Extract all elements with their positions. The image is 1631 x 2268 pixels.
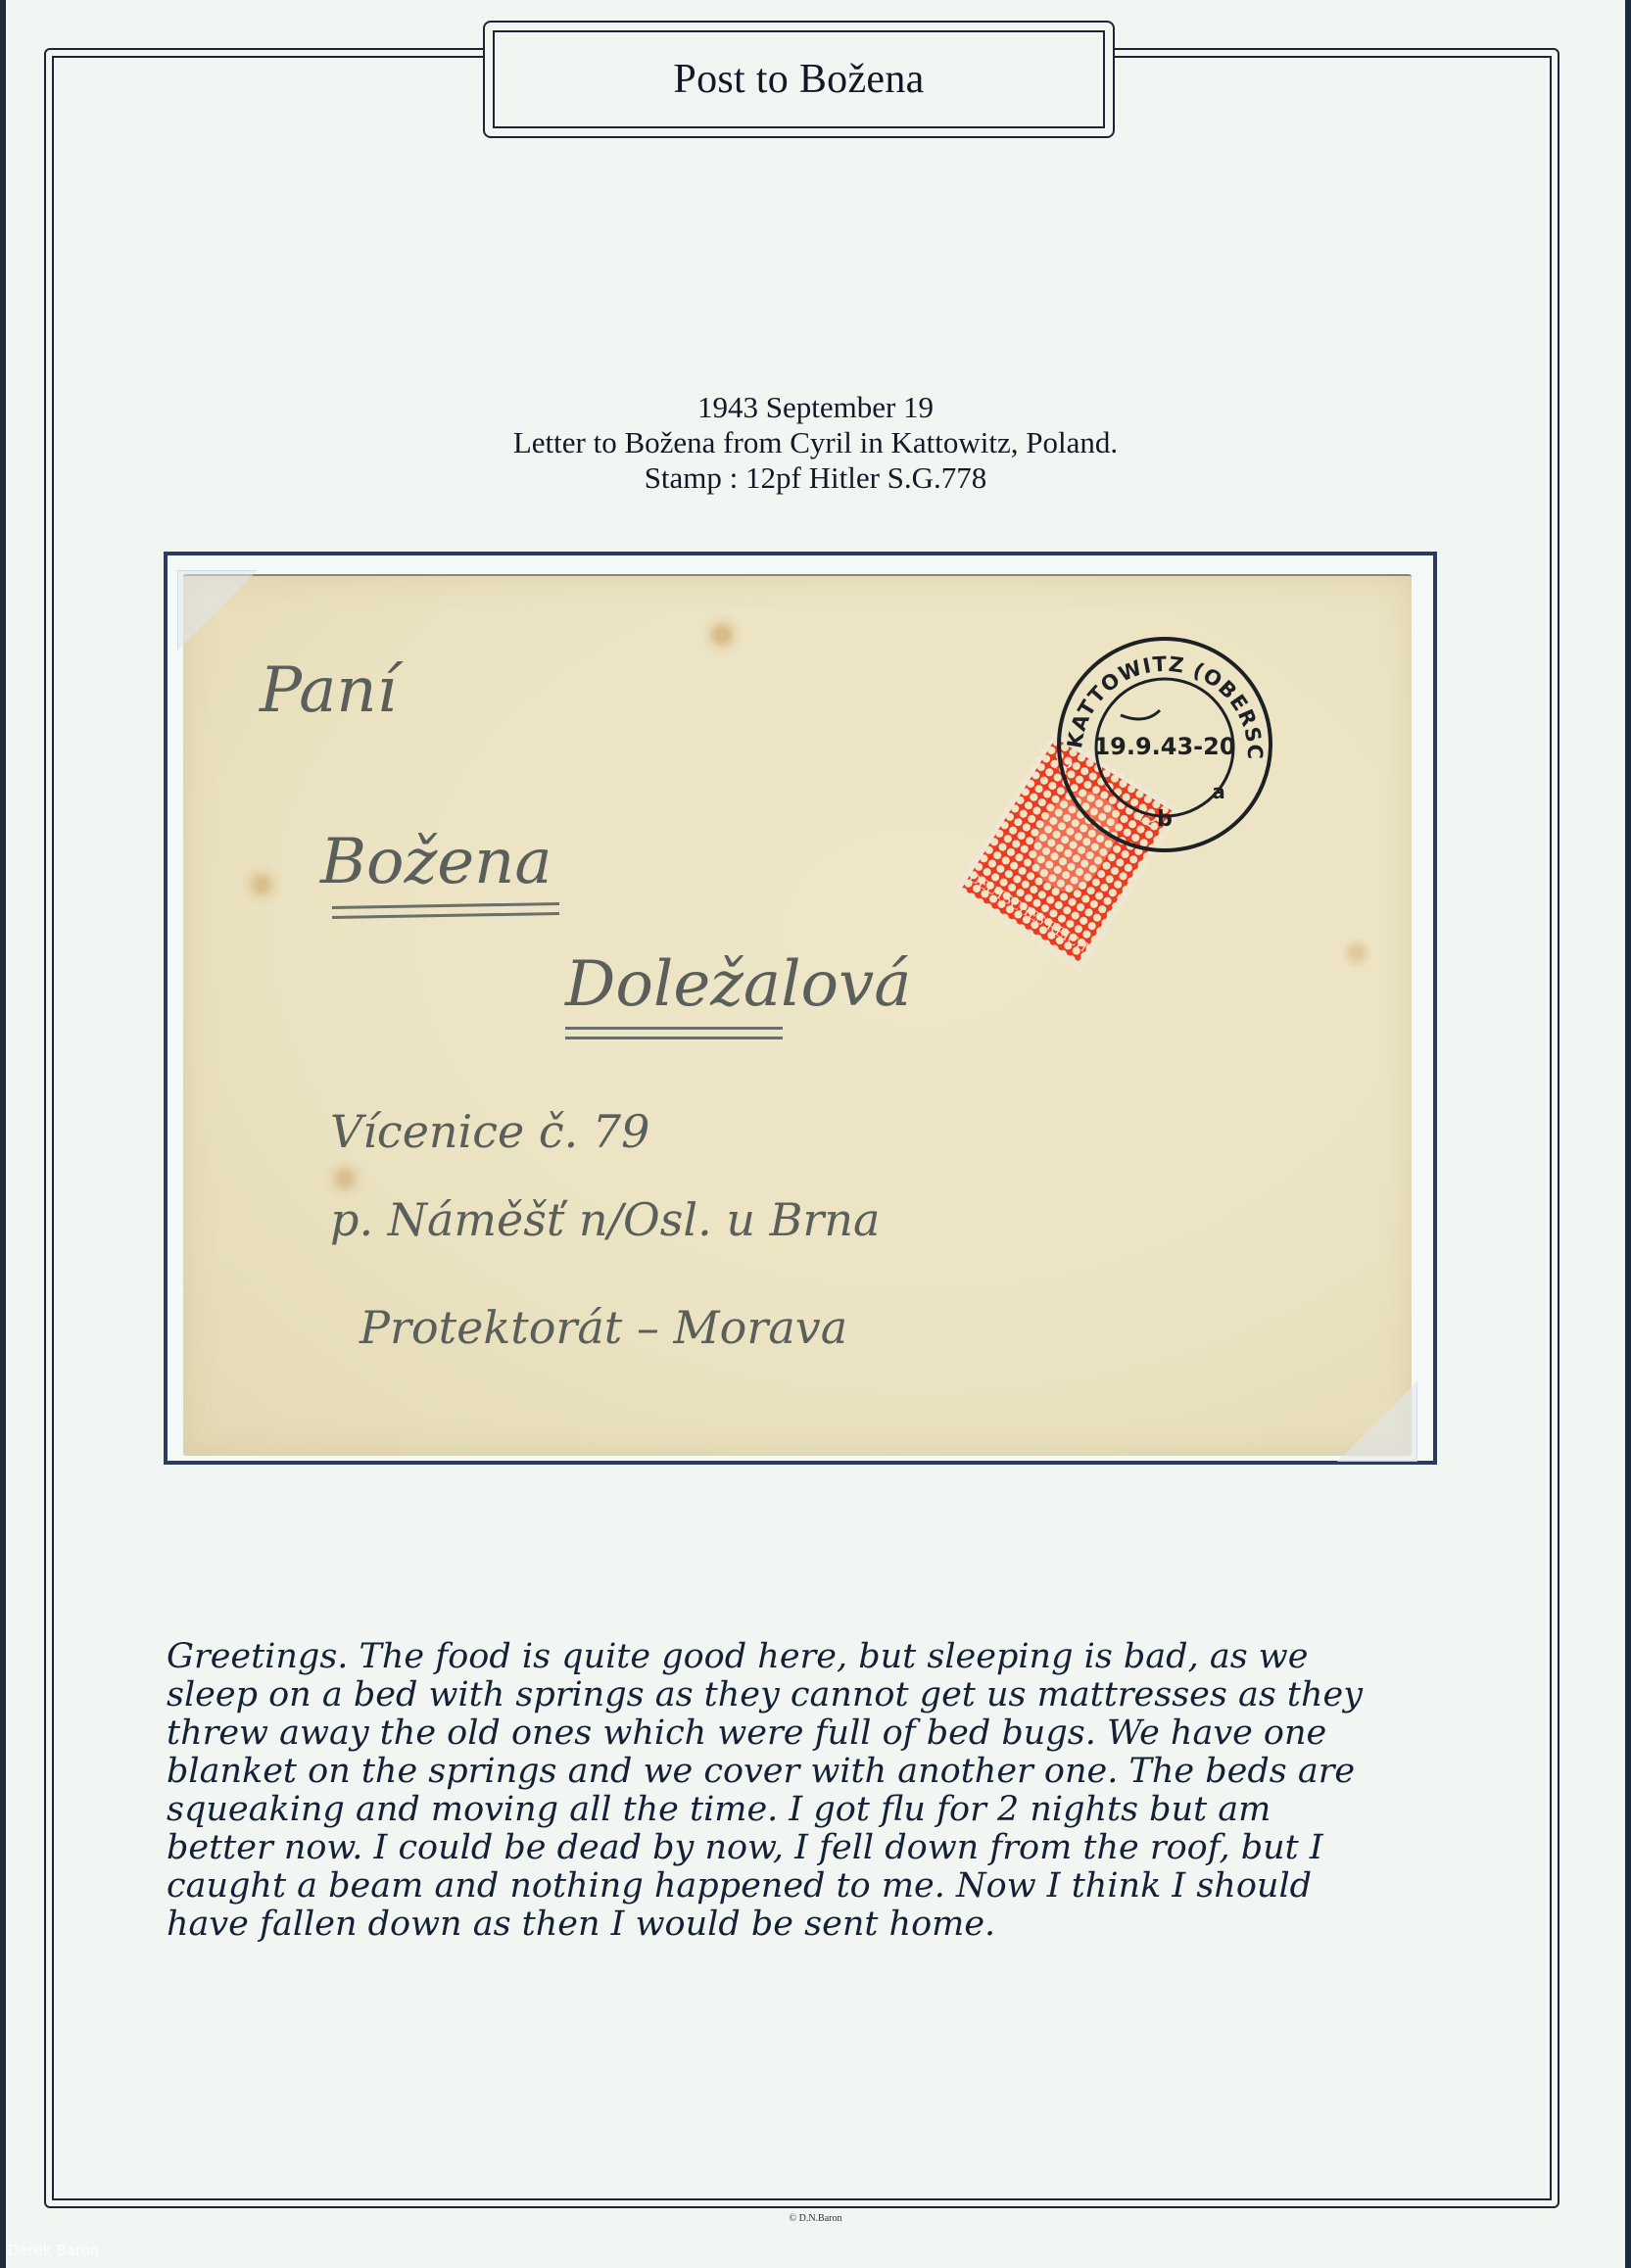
scan-edge-left bbox=[0, 0, 6, 2268]
translation-line: sleep on a bed with springs as they cann… bbox=[167, 1676, 1430, 1714]
translation-line: Greetings. The food is quite good here, … bbox=[167, 1638, 1430, 1676]
address-salutation: Paní bbox=[260, 654, 397, 727]
surname-underline bbox=[565, 1027, 783, 1030]
translation-line: better now. I could be dead by now, I fe… bbox=[167, 1829, 1430, 1867]
address-village: Vícenice č. 79 bbox=[330, 1105, 649, 1158]
exhibit-caption: 1943 September 19 Letter to Božena from … bbox=[0, 390, 1631, 496]
first-name-underline-2 bbox=[332, 912, 559, 919]
address-surname: Doležalová bbox=[565, 948, 911, 1021]
caption-stamp-info: Stamp : 12pf Hitler S.G.778 bbox=[0, 460, 1631, 496]
address-first-name: Božena bbox=[320, 826, 552, 898]
scanner-watermark: Derek Baron bbox=[8, 2242, 99, 2259]
first-name-underline bbox=[332, 902, 559, 909]
address-post-office: p. Náměšť n/Osl. u Brna bbox=[330, 1193, 880, 1246]
surname-underline-2 bbox=[565, 1037, 783, 1039]
postmark-letter-b: b bbox=[1157, 807, 1173, 832]
translation-line: blanket on the springs and we cover with… bbox=[167, 1753, 1430, 1791]
postmark-bar bbox=[1121, 710, 1160, 719]
translation-line: squeaking and moving all the time. I got… bbox=[167, 1791, 1430, 1829]
title-plaque-inner: Post to Božena bbox=[493, 30, 1105, 128]
translation-line: threw away the old ones which were full … bbox=[167, 1714, 1430, 1753]
caption-description: Letter to Božena from Cyril in Kattowitz… bbox=[0, 425, 1631, 460]
title-plaque: Post to Božena bbox=[483, 21, 1115, 138]
postmark-cancel: KATTOWITZ (OBERSCHLES) 2 19.9.43-20 a b bbox=[1052, 632, 1277, 857]
copyright-credit: © D.N.Baron bbox=[0, 2213, 1631, 2224]
caption-date: 1943 September 19 bbox=[0, 390, 1631, 425]
translation-line: have fallen down as then I would be sent… bbox=[167, 1906, 1430, 1944]
translation-line: caught a beam and nothing happened to me… bbox=[167, 1867, 1430, 1906]
scan-edge-right bbox=[1625, 0, 1631, 2268]
corner-hinge-bottom-right bbox=[1337, 1381, 1417, 1462]
address-region: Protektorát – Morava bbox=[360, 1301, 847, 1354]
postmark-letter-a: a bbox=[1212, 780, 1225, 803]
page-title: Post to Božena bbox=[673, 56, 924, 103]
postmark-date: 19.9.43-20 bbox=[1093, 733, 1235, 760]
corner-hinge-top-left bbox=[177, 570, 258, 651]
letter-translation: Greetings. The food is quite good here, … bbox=[167, 1638, 1430, 1944]
